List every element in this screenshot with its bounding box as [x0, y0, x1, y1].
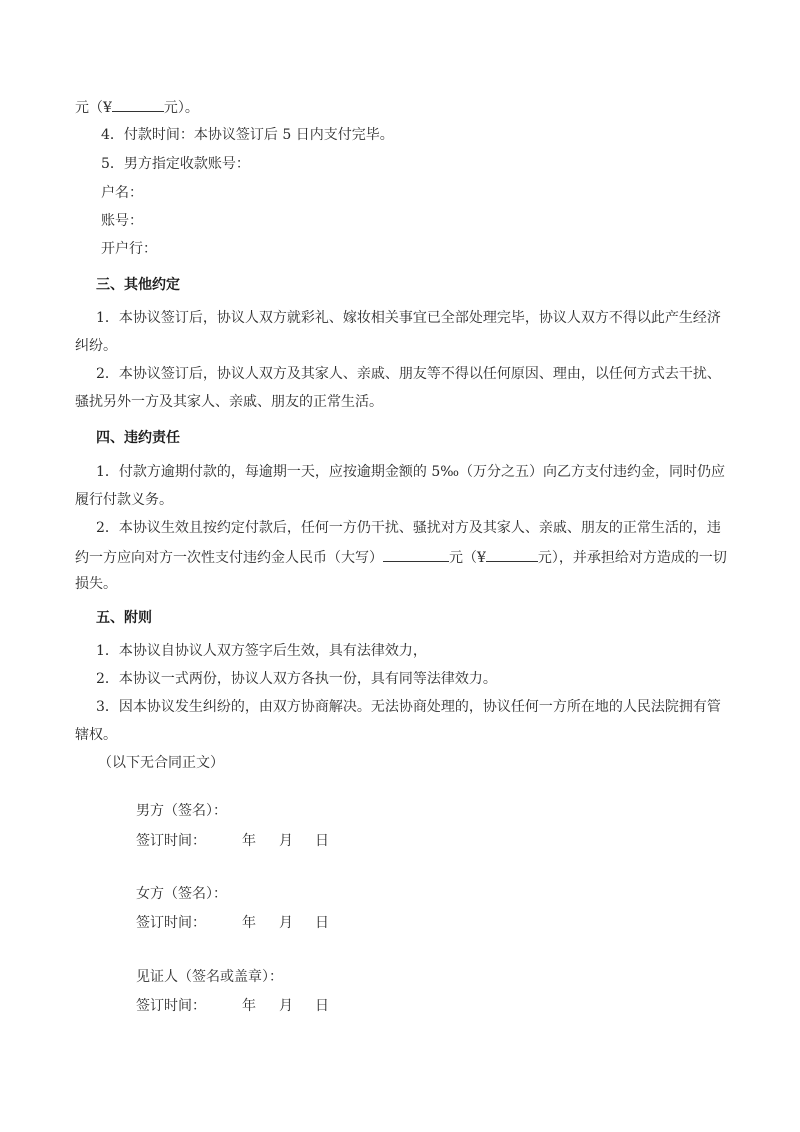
day-label: 日: [315, 997, 329, 1015]
account-number-label: 账号：: [101, 212, 143, 230]
clause-line: 1．付款方逾期付款的，每逾期一天，应按逾期金额的 5‰（万分之五）向乙方支付违约…: [96, 463, 725, 481]
clause-line: 1．本协议自协议人双方签字后生效，具有法律效力，: [96, 642, 427, 660]
year-label: 年: [242, 832, 256, 850]
clause-line-with-blanks: 约一方应向对方一次性支付违约金人民币（大写）元（¥元），并承担给对方造成的一切: [75, 547, 727, 567]
clause-line: 2．本协议一式两份，协议人双方各执一份，具有同等法律效力。: [96, 670, 497, 688]
witness-signature-label: 见证人（签名或盖章）：: [136, 968, 283, 986]
end-note: （以下无合同正文）: [98, 754, 224, 772]
payment-time-item: 4．付款时间：本协议签订后 5 日内支付完毕。: [101, 126, 394, 144]
sign-date-label: 签订时间：: [136, 997, 206, 1015]
month-label: 月: [279, 997, 293, 1015]
clause-text: 约一方应向对方一次性支付违约金人民币（大写）: [75, 550, 383, 566]
bride-sign-date-row: 签订时间： 年 月 日: [136, 914, 436, 932]
clause-line: 2．本协议生效且按约定付款后，任何一方仍干扰、骚扰对方及其家人、亲戚、朋友的正常…: [96, 519, 721, 537]
amount-number-blank: [486, 547, 538, 562]
section-title-supplementary: 五、附则: [96, 609, 152, 627]
clause-line: 2．本协议签订后，协议人双方及其家人、亲戚、朋友等不得以任何原因、理由，以任何方…: [96, 365, 721, 383]
document-page: 元（¥元）。 4．付款时间：本协议签订后 5 日内支付完毕。 5．男方指定收款账…: [0, 0, 800, 1132]
account-name-label: 户名：: [101, 184, 143, 202]
amount-uppercase-blank: [383, 547, 449, 562]
clause-text: 元（¥: [449, 550, 486, 566]
clause-text: 元），并承担给对方造成的一切: [538, 550, 727, 566]
bank-label: 开户行：: [101, 240, 157, 258]
section-title-other-agreements: 三、其他约定: [96, 276, 180, 294]
groom-sign-date-row: 签订时间： 年 月 日: [136, 832, 436, 850]
clause-line: 纠纷。: [75, 337, 117, 355]
clause-line: 3．因本协议发生纠纷的，由双方协商解决。无法协商处理的，协议任何一方所在地的人民…: [96, 698, 721, 716]
clause-line: 1．本协议签订后，协议人双方就彩礼、嫁妆相关事宜已全部处理完毕，协议人双方不得以…: [96, 309, 721, 327]
day-label: 日: [315, 832, 329, 850]
bride-signature-label: 女方（签名）：: [136, 885, 227, 903]
clause-line: 损失。: [75, 575, 117, 593]
sign-date-label: 签订时间：: [136, 832, 206, 850]
continuation-suffix: 元）。: [164, 100, 199, 116]
month-label: 月: [279, 832, 293, 850]
account-item: 5．男方指定收款账号：: [101, 155, 250, 173]
clause-line: 骚扰另外一方及其家人、亲戚、朋友的正常生活。: [75, 393, 383, 411]
clause-line: 履行付款义务。: [75, 491, 173, 509]
amount-blank: [112, 97, 164, 112]
day-label: 日: [315, 914, 329, 932]
clause-line: 辖权。: [75, 726, 117, 744]
year-label: 年: [242, 914, 256, 932]
year-label: 年: [242, 997, 256, 1015]
continuation-prefix: 元（¥: [75, 100, 112, 116]
groom-signature-label: 男方（签名）：: [136, 802, 227, 820]
month-label: 月: [279, 914, 293, 932]
section-title-breach-liability: 四、违约责任: [96, 429, 180, 447]
sign-date-label: 签订时间：: [136, 914, 206, 932]
witness-sign-date-row: 签订时间： 年 月 日: [136, 997, 436, 1015]
continuation-line: 元（¥元）。: [75, 97, 199, 117]
